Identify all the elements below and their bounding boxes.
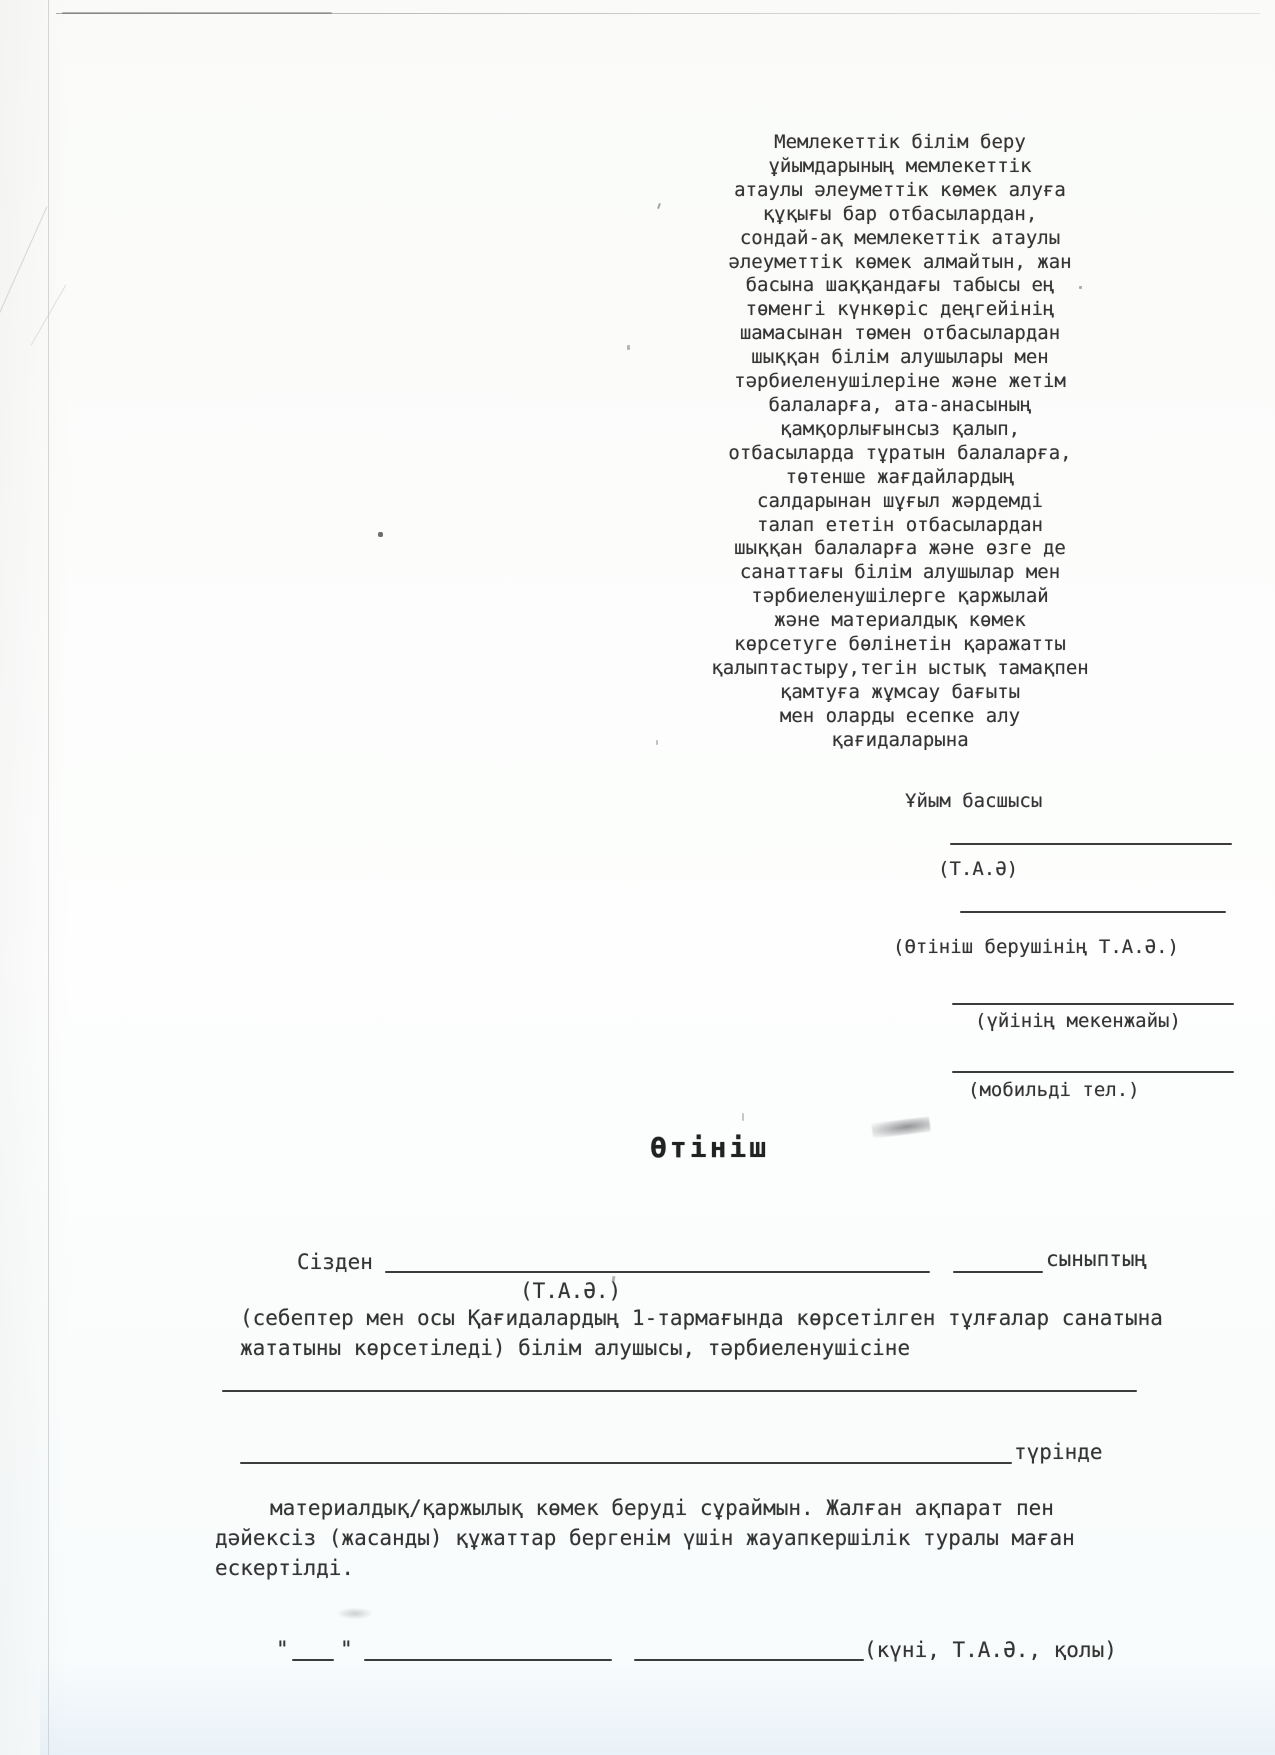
applicant-name-caption: (Өтініш берушінің Т.А.Ә.) xyxy=(893,936,1179,958)
scan-top-edge-line-dark xyxy=(62,12,332,14)
scan-smudge xyxy=(338,1608,372,1619)
statement-line-3: ескертілді. xyxy=(215,1556,354,1580)
regulation-line: қамтуға жұмсау бағыты xyxy=(600,681,1200,705)
applicant-address-caption: (үйінің мекенжайы) xyxy=(975,1010,1181,1032)
regulation-line: тәрбиеленушілеріне және жетім xyxy=(600,370,1200,394)
applicant-name-blank xyxy=(960,911,1226,913)
date-quote-close: " xyxy=(340,1637,353,1661)
category-note-line-2: жататыны көрсетіледі) білім алушысы, тәр… xyxy=(240,1336,910,1360)
regulation-reference-block: Мемлекеттік білім беру ұйымдарының мемле… xyxy=(600,131,1200,753)
application-title: Өтініш xyxy=(650,1131,769,1164)
regulation-line: қалыптастыру,тегін ыстық тамақпен xyxy=(600,657,1200,681)
regulation-line: Мемлекеттік білім беру xyxy=(600,131,1200,155)
form-type-label: түрінде xyxy=(1014,1440,1103,1464)
applicant-address-blank xyxy=(952,1003,1234,1005)
scanned-application-form: Мемлекеттік білім беру ұйымдарының мемле… xyxy=(0,0,1275,1755)
approver-name-caption: (Т.А.Ә) xyxy=(938,858,1018,880)
regulation-line: салдарынан шұғыл жәрдемді xyxy=(600,490,1200,514)
regulation-line: төтенше жағдайлардың xyxy=(600,466,1200,490)
regulation-line: талап ететін отбасылардан xyxy=(600,514,1200,538)
regulation-line: және материалдық көмек xyxy=(600,609,1200,633)
regulation-line: көрсетуге бөлінетін қаражатты xyxy=(600,633,1200,657)
scan-crease xyxy=(0,206,47,343)
scan-speck xyxy=(378,532,383,537)
applicant-phone-blank xyxy=(952,1071,1234,1073)
scan-speck xyxy=(742,1113,744,1121)
regulation-line: қағидаларына xyxy=(600,729,1200,753)
scan-left-edge-line xyxy=(48,0,49,1755)
regulation-line: құқығы бар отбасылардан, xyxy=(600,203,1200,227)
regulation-line: шыққан балаларға және өзге де xyxy=(600,537,1200,561)
regulation-line: тәрбиеленушілерге қаржылай xyxy=(600,585,1200,609)
regulation-line: балаларға, ата-анасының xyxy=(600,394,1200,418)
request-name-blank xyxy=(385,1271,930,1273)
regulation-line: шыққан білім алушылары мен xyxy=(600,346,1200,370)
statement-line-1: материалдық/қаржылық көмек беруді сұрайм… xyxy=(270,1496,1054,1520)
signature-blank xyxy=(634,1659,864,1661)
request-fio-caption: (Т.А.Ә.) xyxy=(520,1279,621,1303)
approver-title: Ұйым басшысы xyxy=(905,790,1042,812)
detail-blank-1 xyxy=(222,1390,1137,1392)
approver-name-blank xyxy=(950,843,1232,845)
detail-blank-2 xyxy=(240,1462,1012,1464)
regulation-line: шамасынан төмен отбасылардан xyxy=(600,322,1200,346)
regulation-line: әлеуметтік көмек алмайтын, жан xyxy=(600,251,1200,275)
regulation-line: отбасыларда тұратын балаларға, xyxy=(600,442,1200,466)
regulation-line: ұйымдарының мемлекеттік xyxy=(600,155,1200,179)
scan-bottom-tint xyxy=(40,1659,1275,1755)
regulation-line: атаулы әлеуметтік көмек алуға xyxy=(600,179,1200,203)
request-from-label: Сізден xyxy=(297,1250,373,1274)
regulation-line: санаттағы білім алушылар мен xyxy=(600,561,1200,585)
statement-line-2: дәйексіз (жасанды) құжаттар бергенім үші… xyxy=(215,1526,1075,1550)
date-quote-open: " xyxy=(276,1637,289,1661)
regulation-line: қамқорлығынсыз қалып, xyxy=(600,418,1200,442)
scan-smudge xyxy=(871,1117,930,1139)
applicant-phone-caption: (мобильді тел.) xyxy=(968,1079,1140,1101)
date-day-blank xyxy=(292,1659,334,1661)
regulation-line: сондай-ақ мемлекеттік атаулы xyxy=(600,227,1200,251)
category-note-line-1: (себептер мен осы Қағидалардың 1-тармағы… xyxy=(240,1306,1163,1330)
regulation-line: төменгі күнкөріс деңгейінің xyxy=(600,298,1200,322)
regulation-line: басына шаққандағы табысы ең xyxy=(600,274,1200,298)
signature-caption: (күні, Т.А.Ә., қолы) xyxy=(864,1638,1117,1662)
date-month-blank xyxy=(364,1659,612,1661)
regulation-line: мен оларды есепке алу xyxy=(600,705,1200,729)
request-class-blank xyxy=(953,1271,1043,1273)
request-class-label: сыныптың xyxy=(1046,1247,1147,1271)
